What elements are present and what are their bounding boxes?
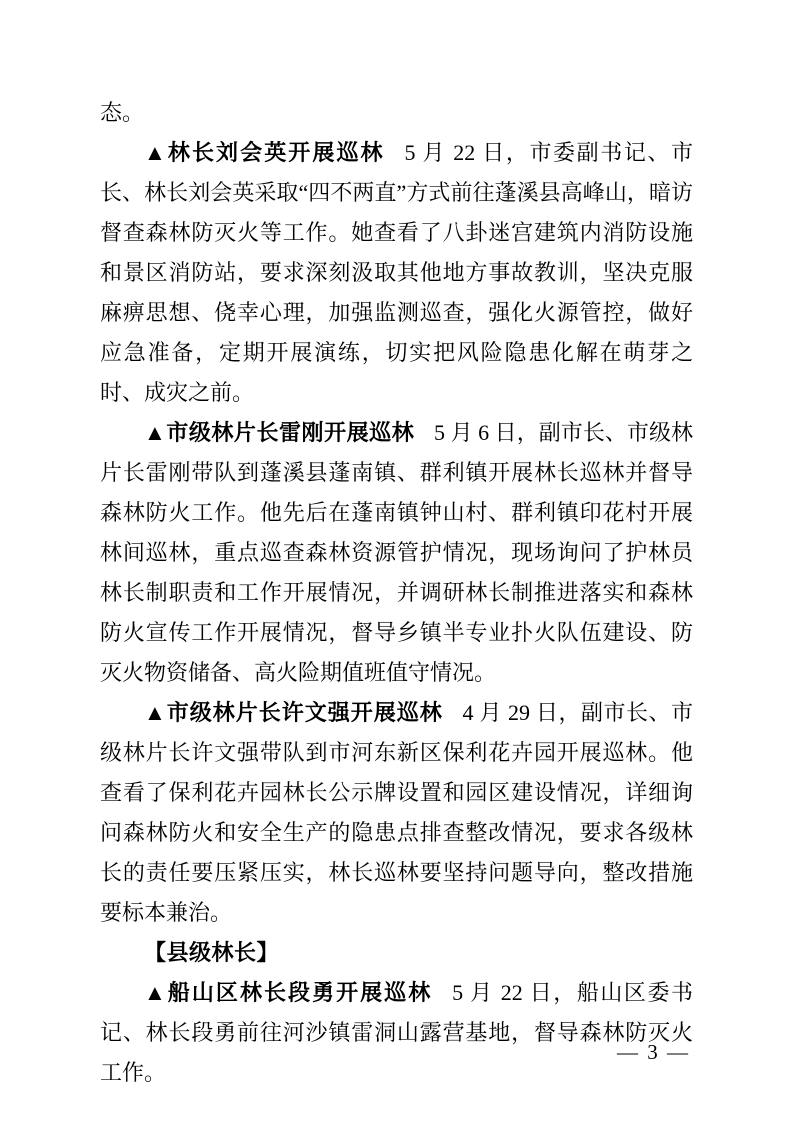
- page-number: — 3 —: [617, 1038, 690, 1066]
- document-body: 态。 ▲林长刘会英开展巡林5 月 22 日，市委副书记、市长、林长刘会英采取“四…: [100, 93, 693, 1093]
- document-page: 态。 ▲林长刘会英开展巡林5 月 22 日，市委副书记、市长、林长刘会英采取“四…: [0, 0, 793, 1122]
- entry-lin-zhang-liu-huiying: ▲林长刘会英开展巡林5 月 22 日，市委副书记、市长、林长刘会英采取“四不两直…: [100, 133, 693, 413]
- entry-chuanshan-duan-yong: ▲船山区林长段勇开展巡林5 月 22 日，船山区委书记、林长段勇前往河沙镇雷洞山…: [100, 973, 693, 1093]
- paragraph-continuation: 态。: [100, 93, 693, 133]
- section-heading-text: 【县级林长】: [144, 940, 279, 965]
- section-heading-county-level: 【县级林长】: [100, 933, 693, 973]
- entry-heading: ▲林长刘会英开展巡林: [144, 140, 385, 165]
- entry-body: 5 月 6 日，副市长、市级林片长雷刚带队到蓬溪县蓬南镇、群利镇开展林长巡林并督…: [100, 420, 693, 685]
- paragraph-text: 态。: [100, 100, 144, 125]
- entry-body: 5 月 22 日，市委副书记、市长、林长刘会英采取“四不两直”方式前往蓬溪县高峰…: [100, 140, 693, 405]
- entry-heading: ▲船山区林长段勇开展巡林: [144, 980, 432, 1005]
- entry-heading: ▲市级林片长雷刚开展巡林: [144, 420, 414, 445]
- entry-heading: ▲市级林片长许文强开展巡林: [144, 700, 443, 725]
- entry-body: 4 月 29 日，副市长、市级林片长许文强带队到市河东新区保利花卉园开展巡林。他…: [100, 700, 693, 925]
- entry-lin-pian-zhang-lei-gang: ▲市级林片长雷刚开展巡林5 月 6 日，副市长、市级林片长雷刚带队到蓬溪县蓬南镇…: [100, 413, 693, 693]
- entry-lin-pian-zhang-xu-wenqiang: ▲市级林片长许文强开展巡林4 月 29 日，副市长、市级林片长许文强带队到市河东…: [100, 693, 693, 933]
